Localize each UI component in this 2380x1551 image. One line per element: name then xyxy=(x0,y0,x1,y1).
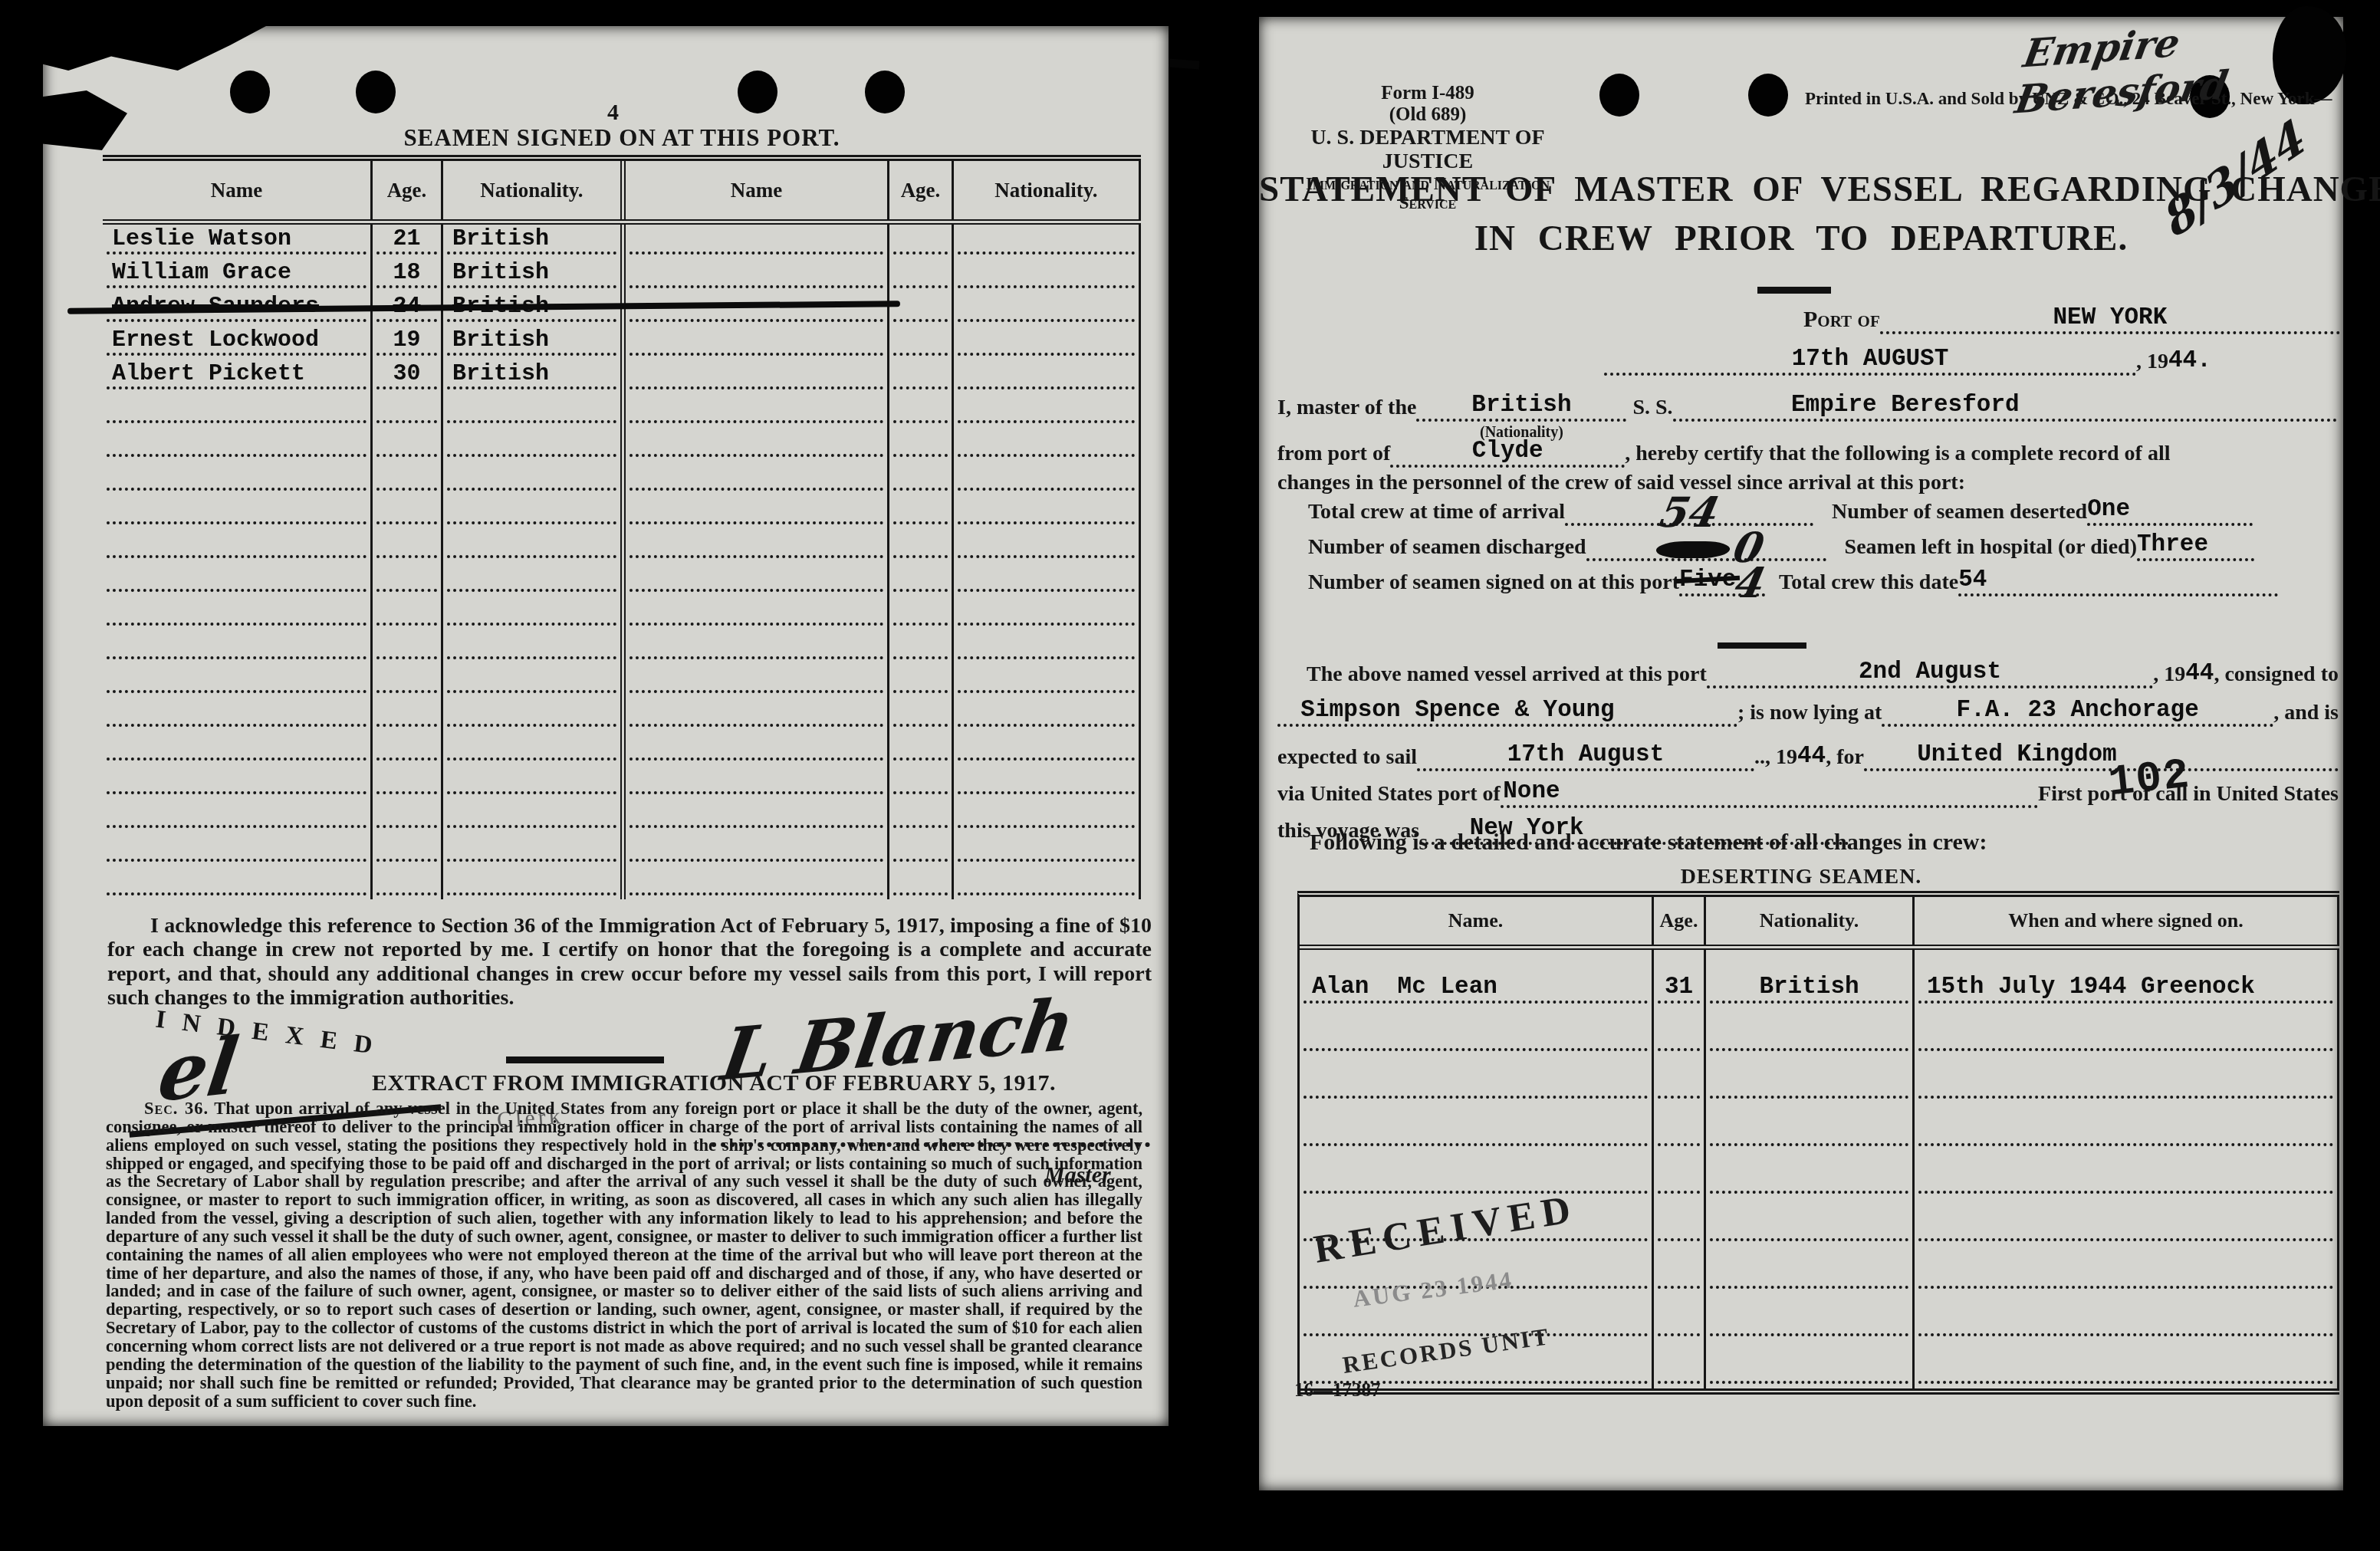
date-field: 17th AUGUST , 19 44. xyxy=(1604,343,2251,376)
typed-value: 19 xyxy=(393,327,420,353)
seamen-empty-cell xyxy=(103,663,373,697)
port-value: NEW YORK xyxy=(2053,304,2167,331)
master-of-vessel-field: I, master of the British (Nationality) S… xyxy=(1277,389,2337,422)
seamen-table-empty-row xyxy=(103,697,1141,731)
seamen-empty-cell xyxy=(443,764,626,798)
from-port-blank: Clyde xyxy=(1390,435,1625,468)
deserting-table-header: Name. Age. Nationality. When and where s… xyxy=(1300,897,2339,950)
arrival-year-printed: , 19 xyxy=(2153,662,2185,688)
seamen-empty-cell xyxy=(954,764,1141,798)
deserting-empty-cell xyxy=(1654,1008,1706,1056)
seamen-empty-cell xyxy=(954,731,1141,764)
section-divider-bar xyxy=(506,1056,664,1063)
seamen-empty-cell xyxy=(443,832,626,866)
seamen-table-empty-row xyxy=(103,528,1141,562)
sail-year-typed: 44 xyxy=(1797,743,1826,771)
sec36-body: That upon arrival of any vessel in the U… xyxy=(106,1099,1142,1411)
deserting-empty-cell xyxy=(1706,1056,1915,1103)
seamen-empty-cell xyxy=(889,798,954,832)
seamen-empty-cell xyxy=(373,596,443,629)
seamen-empty-cell xyxy=(103,562,373,596)
seamen-empty-cell xyxy=(626,393,889,427)
seamen-table-empty-row xyxy=(103,731,1141,764)
section-divider-bar xyxy=(1718,642,1806,649)
left-page: 4 SEAMEN SIGNED ON AT THIS PORT. Name Ag… xyxy=(43,26,1169,1426)
punch-hole xyxy=(356,71,396,113)
seamen-empty-cell xyxy=(443,731,626,764)
seamen-cell: William Grace xyxy=(103,258,373,292)
deserting-cell: 31 xyxy=(1654,950,1706,1008)
deserting-empty-cell xyxy=(1706,1246,1915,1293)
seamen-empty-cell xyxy=(626,495,889,528)
typed-value: 18 xyxy=(393,260,420,286)
typed-value: 31 xyxy=(1665,974,1693,1001)
seamen-table-header: Name Age. Nationality. Name Age. Nationa… xyxy=(103,161,1141,225)
year-typed: 44. xyxy=(2168,347,2211,376)
deserting-seamen-heading: DESERTING SEAMEN. xyxy=(1259,865,2343,889)
seamen-empty-cell xyxy=(373,528,443,562)
seamen-empty-cell xyxy=(954,832,1141,866)
seamen-empty-cell xyxy=(373,832,443,866)
seamen-empty-cell xyxy=(626,629,889,663)
seamen-empty-cell xyxy=(443,461,626,495)
sec36-label: Sec. 36. xyxy=(144,1099,209,1118)
deserting-empty-cell xyxy=(1654,1341,1706,1388)
seamen-empty-cell xyxy=(889,360,954,393)
following-statement-line: Following is a detailed and accurate sta… xyxy=(1310,830,1987,856)
seamen-empty-cell xyxy=(103,528,373,562)
seamen-table-empty-row xyxy=(103,832,1141,866)
typed-value: British xyxy=(452,361,549,387)
punch-hole xyxy=(1748,74,1788,117)
certify-text-line2: changes in the personnel of the crew of … xyxy=(1277,471,1965,495)
signed-on-label: Number of seamen signed on at this port xyxy=(1308,570,1679,596)
deserting-cell: 15th July 1944 Greenock xyxy=(1915,950,2339,1008)
deserting-empty-cell xyxy=(1300,1056,1654,1103)
seamen-empty-cell xyxy=(889,461,954,495)
seamen-empty-cell xyxy=(443,663,626,697)
seamen-table-empty-row xyxy=(103,562,1141,596)
seamen-empty-cell xyxy=(103,798,373,832)
seamen-empty-cell xyxy=(889,326,954,360)
expected-sail-label: expected to sail xyxy=(1277,745,1417,771)
deserted-value: One xyxy=(2087,496,2130,523)
seamen-empty-cell xyxy=(373,663,443,697)
typed-value: British xyxy=(452,327,549,353)
col-header-nationality-2: Nationality. xyxy=(954,161,1141,219)
seamen-empty-cell xyxy=(626,258,889,292)
seamen-empty-cell xyxy=(626,292,889,326)
deserting-table-empty-row xyxy=(1300,1008,2339,1056)
discharged-label: Number of seamen discharged xyxy=(1308,535,1586,561)
deserting-empty-cell xyxy=(1706,1341,1915,1388)
date-value: 17th AUGUST xyxy=(1792,346,1949,373)
deserting-cell: Alan Mc Lean xyxy=(1300,950,1654,1008)
port-label: Port of xyxy=(1803,307,1880,334)
scanned-document: 4 SEAMEN SIGNED ON AT THIS PORT. Name Ag… xyxy=(0,0,2380,1551)
seamen-empty-cell xyxy=(889,697,954,731)
nationality-blank: British (Nationality) xyxy=(1416,389,1626,422)
signed-on-struck-value: Five xyxy=(1679,567,1736,593)
seamen-empty-cell xyxy=(954,326,1141,360)
sail-date-blank: 17th August xyxy=(1417,739,1754,771)
seamen-empty-cell xyxy=(954,292,1141,326)
typed-value: 15th July 1944 Greenock xyxy=(1927,974,2255,1001)
seamen-empty-cell xyxy=(954,393,1141,427)
seamen-empty-cell xyxy=(889,528,954,562)
form-print-number: 16—17387 xyxy=(1294,1380,1381,1401)
form-title-line2: IN CREW PRIOR TO DEPARTURE. xyxy=(1259,218,2343,259)
seamen-empty-cell xyxy=(626,731,889,764)
seamen-empty-cell xyxy=(889,562,954,596)
seamen-signed-heading: SEAMEN SIGNED ON AT THIS PORT. xyxy=(103,124,1141,152)
seamen-table-row: Ernest Lockwood19British xyxy=(103,326,1141,360)
blotted-out-word xyxy=(1655,541,1732,558)
seamen-empty-cell xyxy=(373,764,443,798)
hospital-label: Seamen left in hospital (or died) xyxy=(1826,535,2137,561)
seamen-empty-cell xyxy=(443,562,626,596)
deserting-empty-cell xyxy=(1654,1198,1706,1246)
seamen-empty-cell xyxy=(443,393,626,427)
seamen-cell: 18 xyxy=(373,258,443,292)
seamen-empty-cell xyxy=(443,495,626,528)
seamen-table-empty-row xyxy=(103,495,1141,528)
ss-label: S. S. xyxy=(1626,396,1672,422)
seamen-table-empty-row xyxy=(103,798,1141,832)
deserting-empty-cell xyxy=(1915,1151,2339,1198)
seamen-empty-cell xyxy=(889,832,954,866)
typed-value: 30 xyxy=(393,361,420,387)
arrival-line-2: Simpson Spence & Young ; is now lying at… xyxy=(1277,695,2339,727)
seamen-empty-cell xyxy=(954,427,1141,461)
seamen-empty-cell xyxy=(626,663,889,697)
seamen-empty-cell xyxy=(103,393,373,427)
seamen-empty-cell xyxy=(103,461,373,495)
from-port-label: from port of xyxy=(1277,442,1390,468)
seamen-empty-cell xyxy=(889,225,954,258)
col-header-nationality: Nationality. xyxy=(1706,897,1915,945)
seamen-empty-cell xyxy=(954,360,1141,393)
port-blank: NEW YORK xyxy=(1880,297,2340,334)
seamen-empty-cell xyxy=(626,562,889,596)
scan-artifact-dash xyxy=(1169,59,1200,70)
seamen-empty-cell xyxy=(373,427,443,461)
typed-value: Ernest Lockwood xyxy=(112,327,319,353)
lying-at-label: ; is now lying at xyxy=(1737,701,1882,727)
vessel-value: Empire Beresford xyxy=(1791,392,2020,419)
seamen-empty-cell xyxy=(626,326,889,360)
seamen-empty-cell xyxy=(626,596,889,629)
seamen-empty-cell xyxy=(954,258,1141,292)
seamen-cell: 19 xyxy=(373,326,443,360)
deserting-empty-cell xyxy=(1654,1246,1706,1293)
seamen-empty-cell xyxy=(103,495,373,528)
form-old-number: (Old 689) xyxy=(1280,104,1575,126)
seamen-empty-cell xyxy=(954,663,1141,697)
seamen-empty-cell xyxy=(373,866,443,899)
master-prefix: I, master of the xyxy=(1277,396,1416,422)
seamen-cell: Albert Pickett xyxy=(103,360,373,393)
seamen-empty-cell xyxy=(626,427,889,461)
deserting-empty-cell xyxy=(1915,1198,2339,1246)
seamen-empty-cell xyxy=(626,866,889,899)
punch-hole xyxy=(1599,74,1639,117)
col-header-nationality: Nationality. xyxy=(443,161,626,219)
torn-paper-corner xyxy=(40,20,278,71)
seamen-empty-cell xyxy=(889,495,954,528)
total-crew-value: 54 xyxy=(1958,567,1987,593)
deserting-empty-cell xyxy=(1300,1103,1654,1151)
department-name: U. S. DEPARTMENT OF JUSTICE xyxy=(1280,126,1575,174)
deserting-empty-cell xyxy=(1915,1246,2339,1293)
typed-value: William Grace xyxy=(112,260,291,286)
typed-value: 21 xyxy=(393,226,420,252)
seamen-empty-cell xyxy=(373,495,443,528)
seamen-empty-cell xyxy=(889,629,954,663)
seamen-table-row: Leslie Watson21British xyxy=(103,225,1141,258)
seamen-empty-cell xyxy=(103,731,373,764)
seamen-empty-cell xyxy=(373,562,443,596)
for-label: , for xyxy=(1826,745,1864,771)
seamen-empty-cell xyxy=(443,697,626,731)
deserting-empty-cell xyxy=(1706,1103,1915,1151)
seamen-empty-cell xyxy=(103,764,373,798)
seamen-empty-cell xyxy=(626,528,889,562)
seamen-empty-cell xyxy=(954,562,1141,596)
seamen-empty-cell xyxy=(954,798,1141,832)
seamen-empty-cell xyxy=(954,596,1141,629)
typed-value: British xyxy=(452,260,549,286)
port-field: Port of NEW YORK xyxy=(1803,297,2340,334)
form-title-line1: STATEMENT OF MASTER OF VESSEL REGARDING … xyxy=(1259,169,2343,210)
deserting-empty-cell xyxy=(1706,1198,1915,1246)
seamen-empty-cell xyxy=(626,225,889,258)
seamen-empty-cell xyxy=(443,866,626,899)
deserting-empty-cell xyxy=(1654,1151,1706,1198)
via-port-blank: None xyxy=(1501,776,2038,808)
deserting-empty-cell xyxy=(1300,1151,1654,1198)
seamen-empty-cell xyxy=(626,764,889,798)
via-port-value: None xyxy=(1503,778,1560,805)
seamen-table-empty-row xyxy=(103,629,1141,663)
arrival-line-1: The above named vessel arrived at this p… xyxy=(1277,656,2339,688)
and-is-label: , and is xyxy=(2273,701,2339,727)
typed-value: Leslie Watson xyxy=(112,226,291,252)
total-arrival-value: 54 xyxy=(1657,496,1721,529)
deserted-blank: One xyxy=(2087,494,2253,526)
seamen-table-empty-row xyxy=(103,866,1141,899)
year-printed: , 19 xyxy=(2136,350,2168,376)
deserting-empty-cell xyxy=(1915,1008,2339,1056)
seamen-empty-cell xyxy=(443,798,626,832)
deserting-empty-cell xyxy=(1915,1056,2339,1103)
seamen-empty-cell xyxy=(443,427,626,461)
col-header-name: Name xyxy=(103,161,373,219)
seamen-table-empty-row xyxy=(103,427,1141,461)
seamen-empty-cell xyxy=(103,427,373,461)
seamen-empty-cell xyxy=(443,528,626,562)
page-number: 4 xyxy=(607,100,619,126)
seamen-signed-table: Name Age. Nationality. Name Age. Nationa… xyxy=(103,155,1141,899)
discharged-blank: 0 xyxy=(1586,529,1826,561)
seamen-empty-cell xyxy=(954,461,1141,495)
seamen-empty-cell xyxy=(889,292,954,326)
hospital-value: Three xyxy=(2137,531,2208,558)
seamen-empty-cell xyxy=(889,427,954,461)
title-underline-bar xyxy=(1757,287,1831,294)
seamen-cell: Leslie Watson xyxy=(103,225,373,258)
deserting-cell: British xyxy=(1706,950,1915,1008)
col-header-age: Age. xyxy=(373,161,443,219)
consigned-to-label: , consigned to xyxy=(2214,662,2339,688)
deserting-empty-cell xyxy=(1915,1341,2339,1388)
total-crew-label: Total crew this date xyxy=(1765,570,1958,596)
sail-year-printed: .., 19 xyxy=(1754,745,1797,771)
seamen-empty-cell xyxy=(889,866,954,899)
deserting-empty-cell xyxy=(1654,1103,1706,1151)
col-header-signed-on: When and where signed on. xyxy=(1915,897,2339,945)
seamen-cell: 21 xyxy=(373,225,443,258)
seamen-empty-cell xyxy=(889,663,954,697)
sail-date-value: 17th August xyxy=(1507,741,1665,768)
signed-on-blank: Five4 xyxy=(1679,564,1765,596)
deserting-empty-cell xyxy=(1654,1293,1706,1341)
form-number: Form I-489 xyxy=(1280,83,1575,104)
seamen-empty-cell xyxy=(443,596,626,629)
seamen-empty-cell xyxy=(103,697,373,731)
consignee-blank: Simpson Spence & Young xyxy=(1277,695,1737,727)
seamen-empty-cell xyxy=(889,764,954,798)
seamen-empty-cell xyxy=(373,731,443,764)
seamen-empty-cell xyxy=(103,832,373,866)
deserting-empty-cell xyxy=(1706,1008,1915,1056)
stats-row-1: Total crew at time of arrival 54 Number … xyxy=(1308,494,2253,526)
destination-blank: United Kingdom xyxy=(1864,739,2339,771)
seamen-empty-cell xyxy=(889,258,954,292)
seamen-empty-cell xyxy=(954,495,1141,528)
seamen-empty-cell xyxy=(103,629,373,663)
seamen-empty-cell xyxy=(373,697,443,731)
typed-value: British xyxy=(452,226,549,252)
lying-at-blank: F.A. 23 Anchorage xyxy=(1882,695,2273,727)
seamen-table-row: William Grace18British xyxy=(103,258,1141,292)
hospital-blank: Three xyxy=(2137,529,2254,561)
seamen-empty-cell xyxy=(103,596,373,629)
seamen-empty-cell xyxy=(954,697,1141,731)
arrival-date-blank: 2nd August xyxy=(1707,656,2153,688)
seamen-empty-cell xyxy=(373,393,443,427)
seamen-empty-cell xyxy=(889,596,954,629)
deserting-table-empty-row xyxy=(1300,1103,2339,1151)
arrival-date-value: 2nd August xyxy=(1859,659,2001,685)
seamen-empty-cell xyxy=(373,461,443,495)
seamen-empty-cell xyxy=(626,832,889,866)
seamen-empty-cell xyxy=(954,629,1141,663)
seamen-cell: British xyxy=(443,225,626,258)
deserting-table-row: Alan Mc Lean31British15th July 1944 Gree… xyxy=(1300,950,2339,1008)
seamen-empty-cell xyxy=(626,360,889,393)
sec36-paragraph: Sec. 36. That upon arrival of any vessel… xyxy=(106,1099,1142,1410)
from-port-field: from port of Clyde , hereby certify that… xyxy=(1277,435,2337,468)
destination-value: United Kingdom xyxy=(1917,741,2116,768)
arrived-label: The above named vessel arrived at this p… xyxy=(1277,662,1707,688)
deserted-label: Number of seamen deserted xyxy=(1813,500,2087,526)
deserting-empty-cell xyxy=(1915,1293,2339,1341)
seamen-empty-cell xyxy=(626,798,889,832)
seamen-cell: British xyxy=(443,258,626,292)
arrival-year-typed: 44 xyxy=(2185,660,2214,688)
seamen-cell: Ernest Lockwood xyxy=(103,326,373,360)
seamen-empty-cell xyxy=(373,798,443,832)
consignee-value: Simpson Spence & Young xyxy=(1300,697,1614,724)
right-page: Form I-489 (Old 689) U. S. DEPARTMENT OF… xyxy=(1259,17,2343,1490)
nationality-value: British xyxy=(1471,392,1571,419)
seamen-table-row: Albert Pickett30British xyxy=(103,360,1141,393)
seamen-empty-cell xyxy=(954,866,1141,899)
seamen-table-body: Leslie Watson21BritishWilliam Grace18Bri… xyxy=(103,225,1141,899)
punch-hole xyxy=(230,71,270,113)
seamen-cell: British xyxy=(443,360,626,393)
typed-value: Albert Pickett xyxy=(112,361,305,387)
seamen-table-empty-row xyxy=(103,663,1141,697)
seamen-empty-cell xyxy=(626,461,889,495)
seamen-table-row: Andrew Saunders24British xyxy=(103,292,1141,326)
deserting-empty-cell xyxy=(1300,1008,1654,1056)
total-arrival-label: Total crew at time of arrival xyxy=(1308,500,1565,526)
deserting-table-empty-row xyxy=(1300,1151,2339,1198)
vessel-blank: Empire Beresford xyxy=(1673,389,2337,422)
deserting-empty-cell xyxy=(1706,1151,1915,1198)
punch-hole xyxy=(738,71,777,113)
deserting-empty-cell xyxy=(1706,1293,1915,1341)
page-stamp-number: 102 xyxy=(2106,751,2193,808)
seamen-empty-cell xyxy=(889,393,954,427)
seamen-table-empty-row xyxy=(103,393,1141,427)
seamen-table-empty-row xyxy=(103,596,1141,629)
total-arrival-blank: 54 xyxy=(1565,494,1813,526)
seamen-cell: British xyxy=(443,326,626,360)
seamen-empty-cell xyxy=(626,697,889,731)
signed-on-value: 4 xyxy=(1733,567,1769,600)
col-header-name: Name. xyxy=(1300,897,1654,945)
date-blank: 17th AUGUST xyxy=(1604,343,2136,376)
seamen-table-empty-row xyxy=(103,461,1141,495)
deserting-empty-cell xyxy=(1915,1103,2339,1151)
seamen-empty-cell xyxy=(954,225,1141,258)
col-header-name-2: Name xyxy=(626,161,889,219)
stats-row-2: Number of seamen discharged 0 Seamen lef… xyxy=(1308,529,2254,561)
extract-heading: EXTRACT FROM IMMIGRATION ACT OF FEBRUARY… xyxy=(273,1070,1155,1096)
certify-text: , hereby certify that the following is a… xyxy=(1625,442,2170,468)
deserting-table-empty-row xyxy=(1300,1056,2339,1103)
deserting-empty-cell xyxy=(1654,1056,1706,1103)
seamen-empty-cell xyxy=(954,528,1141,562)
typed-value: British xyxy=(1759,974,1859,1001)
deserting-seamen-table: Name. Age. Nationality. When and where s… xyxy=(1297,891,2339,1395)
typed-value: Alan Mc Lean xyxy=(1312,974,1497,1001)
col-header-age: Age. xyxy=(1654,897,1706,945)
seamen-empty-cell xyxy=(373,629,443,663)
total-crew-blank: 54 xyxy=(1958,564,2278,596)
lying-at-value: F.A. 23 Anchorage xyxy=(1957,697,2199,724)
col-header-age-2: Age. xyxy=(889,161,954,219)
stats-row-3: Number of seamen signed on at this port … xyxy=(1308,564,2259,596)
seamen-empty-cell xyxy=(443,629,626,663)
punch-hole xyxy=(865,71,905,113)
seamen-empty-cell xyxy=(103,866,373,899)
seamen-table-empty-row xyxy=(103,764,1141,798)
via-port-label: via United States port of xyxy=(1277,782,1501,808)
